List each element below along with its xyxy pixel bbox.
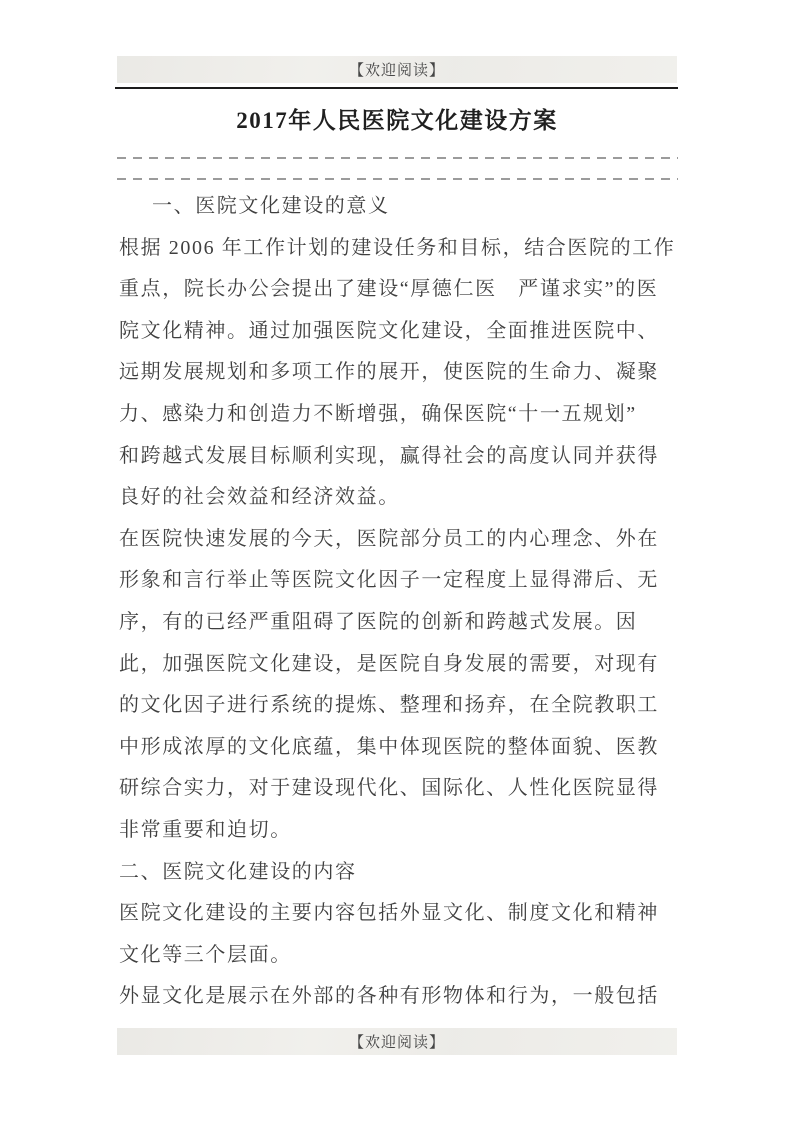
text-line: 研综合实力，对于建设现代化、国际化、人性化医院显得 <box>119 768 679 810</box>
text-line: 院文化精神。通过加强医院文化建设，全面推进医院中、 <box>119 311 679 353</box>
header-band: 【欢迎阅读】 <box>117 56 677 83</box>
paragraph: 在医院快速发展的今天，医院部分员工的内心理念、外在形象和言行举止等医院文化因子一… <box>119 519 679 852</box>
text-line: 形象和言行举止等医院文化因子一定程度上显得滞后、无 <box>119 560 679 602</box>
text-line: 医院文化建设的主要内容包括外显文化、制度文化和精神 <box>119 893 679 935</box>
paragraph: 医院文化建设的主要内容包括外显文化、制度文化和精神文化等三个层面。 <box>119 893 679 976</box>
footer-band: 【欢迎阅读】 <box>117 1028 677 1055</box>
dashed-divider-bottom <box>117 178 678 180</box>
text-line: 的文化因子进行系统的提炼、整理和扬弃，在全院教职工 <box>119 685 679 727</box>
text-line: 中形成浓厚的文化底蕴，集中体现医院的整体面貌、医教 <box>119 727 679 769</box>
text-line: 此，加强医院文化建设，是医院自身发展的需要，对现有 <box>119 644 679 686</box>
page-title: 2017年人民医院文化建设方案 <box>117 102 677 135</box>
text-line: 根据 2006 年工作计划的建设任务和目标，结合医院的工作 <box>119 228 679 270</box>
text-line: 力、感染力和创造力不断增强，确保医院“十一五规划” <box>119 394 679 436</box>
paragraph: 根据 2006 年工作计划的建设任务和目标，结合医院的工作重点，院长办公会提出了… <box>119 228 679 519</box>
text-line: 文化等三个层面。 <box>119 935 679 977</box>
text-line: 良好的社会效益和经济效益。 <box>119 477 679 519</box>
paragraph: 外显文化是展示在外部的各种有形物体和行为，一般包括 <box>119 976 679 1018</box>
footer-band-label: 【欢迎阅读】 <box>349 1031 445 1052</box>
section-heading: 一、医院文化建设的意义 <box>119 186 679 228</box>
text-line: 和跨越式发展目标顺利实现，赢得社会的高度认同并获得 <box>119 436 679 478</box>
text-line: 在医院快速发展的今天，医院部分员工的内心理念、外在 <box>119 519 679 561</box>
section-heading: 二、医院文化建设的内容 <box>119 852 679 894</box>
dashed-divider-top <box>117 157 678 159</box>
text-line: 序，有的已经严重阻碍了医院的创新和跨越式发展。因 <box>119 602 679 644</box>
header-band-label: 【欢迎阅读】 <box>349 59 445 80</box>
text-line: 外显文化是展示在外部的各种有形物体和行为，一般包括 <box>119 976 679 1018</box>
header-rule <box>115 87 678 89</box>
text-line: 重点，院长办公会提出了建设“厚德仁医 严谨求实”的医 <box>119 269 679 311</box>
document-page: 【欢迎阅读】 2017年人民医院文化建设方案 一、医院文化建设的意义根据 200… <box>0 0 794 1123</box>
text-line: 非常重要和迫切。 <box>119 810 679 852</box>
document-body: 一、医院文化建设的意义根据 2006 年工作计划的建设任务和目标，结合医院的工作… <box>119 186 679 1018</box>
text-line: 远期发展规划和多项工作的展开，使医院的生命力、凝聚 <box>119 352 679 394</box>
